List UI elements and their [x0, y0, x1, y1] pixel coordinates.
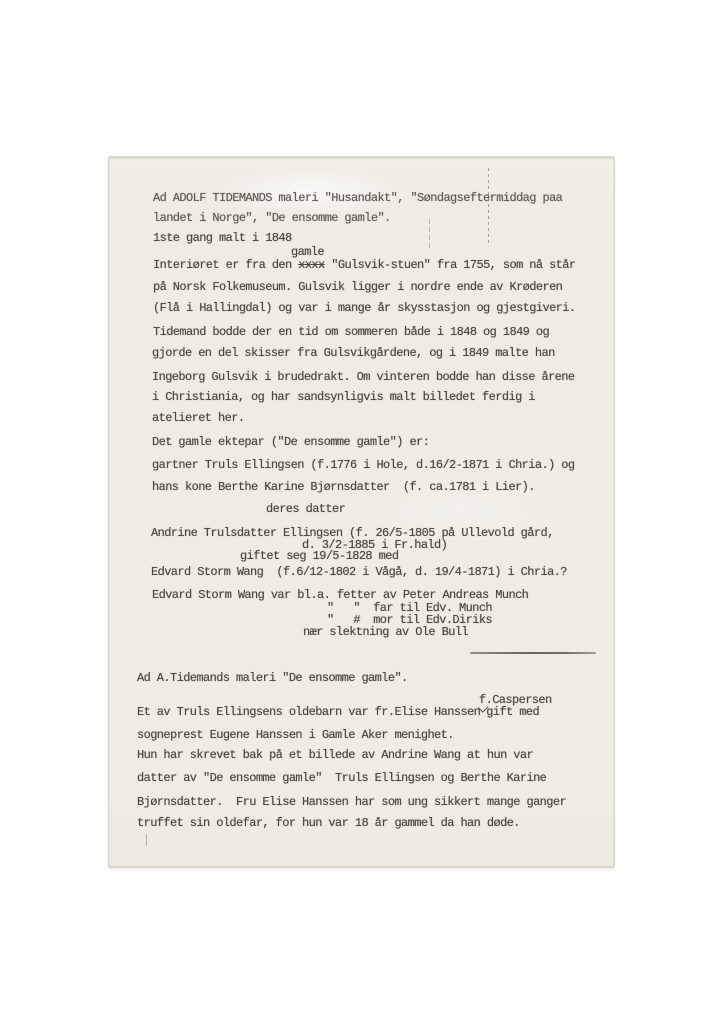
- typed-line-deres-datter: deres datter: [266, 503, 345, 516]
- typed-line: datter av "De ensomme gamle" Truls Ellin…: [137, 772, 546, 785]
- typed-line: gjorde en del skisser fra Gulsvikgårdene…: [152, 347, 555, 360]
- typed-line-couple: Det gamle ektepar ("De ensomme gamle") e…: [152, 436, 429, 449]
- typed-line: (Flå i Hallingdal) og var i mange år sky…: [153, 302, 575, 315]
- typed-line-with-strikeout: Interiøret er fra den xxxx "Gulsvik-stue…: [153, 259, 576, 272]
- text-fragment: "Gulsvik-stuen" fra 1755, som nå står: [325, 258, 576, 272]
- handwritten-separator-line: [470, 652, 596, 654]
- typed-line-edvard: Edvard Storm Wang (f.6/12-1802 i Vågå, d…: [151, 566, 567, 579]
- text-fragment: gift med: [486, 705, 539, 719]
- typed-line-first-painted: 1ste gang malt i 1848: [153, 232, 292, 245]
- typed-line-title: Ad ADOLF TIDEMANDS maleri "Husandakt", "…: [153, 192, 562, 205]
- typed-line: Ingeborg Gulsvik i brudedrakt. Om vinter…: [152, 371, 574, 384]
- typed-line: Tidemand bodde der en tid om sommeren bå…: [153, 326, 549, 339]
- typed-line-berthe: hans kone Berthe Karine Bjørnsdatter (f.…: [152, 481, 535, 494]
- pencil-mark-vertical-small: [429, 219, 430, 249]
- typed-line-title-2: landet i Norge", "De ensomme gamle".: [153, 212, 391, 225]
- typed-line-married: giftet seg 19/5-1828 med: [240, 550, 398, 563]
- typed-line-truls: gartner Truls Ellingsen (f.1776 i Hole, …: [152, 459, 574, 472]
- pencil-mark-vertical-top: [488, 168, 489, 244]
- typed-line: Bjørnsdatter. Fru Elise Hanssen har som …: [137, 796, 566, 809]
- typed-line: på Norsk Folkemuseum. Gulsvik ligger i n…: [153, 281, 562, 294]
- typed-line: i Christiania, og har sandsynligvis malt…: [152, 391, 535, 404]
- text-fragment: Et av Truls Ellingsens oldebarn var fr.E…: [137, 705, 480, 719]
- text-fragment: Interiøret er fra den: [153, 258, 298, 272]
- pencil-mark-bottom: [146, 834, 147, 846]
- typed-line: sogneprest Eugene Hanssen i Gamle Aker m…: [137, 729, 454, 742]
- typed-line: atelieret her.: [152, 412, 244, 425]
- typed-line: truffet sin oldefar, for hun var 18 år g…: [137, 817, 520, 830]
- typed-line: Hun har skrevet bak på et billede av And…: [137, 749, 533, 762]
- typed-line-with-insert: Et av Truls Ellingsens oldebarn var fr.E…: [137, 706, 539, 719]
- typed-line-ole-bull: nær slektning av Ole Bull: [303, 626, 468, 639]
- typed-heading-second: Ad A.Tidemands maleri "De ensomme gamle"…: [137, 672, 408, 685]
- struck-out-word: xxxx: [298, 258, 324, 272]
